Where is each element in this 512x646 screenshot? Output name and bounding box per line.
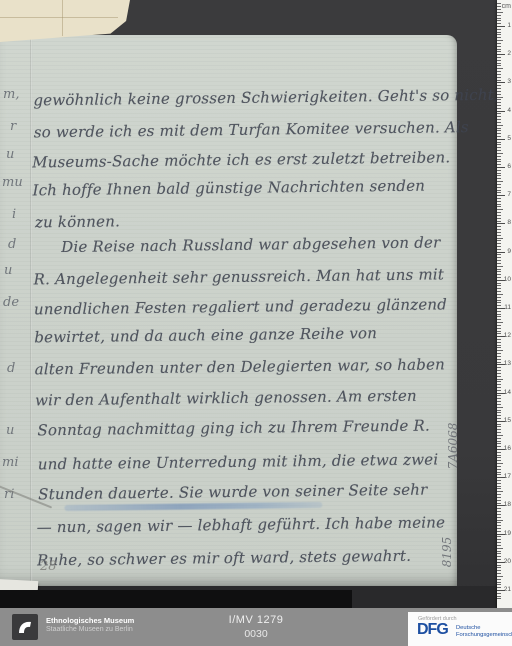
ruler-tick [497, 373, 501, 374]
ruler-tick [497, 398, 501, 399]
dfg-logo: DFG [417, 621, 448, 639]
ruler-cm-label: 3 [503, 78, 512, 86]
ruler-cm-label: 21 [503, 586, 512, 594]
ruler-tick [497, 187, 501, 188]
pencil-side-number-upper: 7A6068 [446, 401, 460, 491]
ruler-tick [497, 37, 501, 38]
funding-name-line2: Forschungsgemeinschaft [456, 632, 512, 639]
ruler-tick [497, 32, 501, 33]
ruler-tick [497, 113, 501, 114]
ruler-tick [497, 18, 501, 19]
ruler-tick [497, 412, 501, 413]
ruler-tick [497, 108, 501, 109]
ruler-tick [497, 331, 501, 332]
ruler-tick [497, 80, 501, 81]
ruler-tick [497, 128, 501, 129]
ruler-tick [497, 328, 501, 329]
ruler-cm-label: 20 [503, 558, 512, 566]
handwriting-line: gewöhnlich keine grossen Schwierigkeiten… [33, 86, 499, 110]
measurement-ruler: cm 123456789101112131415161718192021 [497, 0, 512, 612]
ruler-tick [497, 170, 501, 171]
ruler-tick [497, 181, 503, 182]
ruler-tick [497, 260, 501, 261]
ruler-tick [497, 345, 501, 346]
ruler-tick [497, 218, 501, 219]
ruler-tick [497, 404, 501, 405]
ruler-cm-label: 4 [503, 107, 512, 115]
ruler-tick [497, 116, 501, 117]
paper-fold-line [0, 17, 118, 18]
ruler-tick [497, 528, 501, 529]
ruler-tick [497, 6, 501, 7]
scan-viewport: m,rumuidudedumiri gewöhnlich keine gross… [0, 0, 512, 646]
ruler-tick [497, 567, 501, 568]
ruler-tick [497, 474, 501, 475]
ruler-tick [497, 215, 501, 216]
ruler-tick [497, 319, 501, 320]
ruler-tick [497, 235, 501, 236]
ruler-tick [497, 40, 503, 41]
ruler-tick [497, 500, 501, 501]
handwriting-line: Museums-Sache möchte ich es erst zuletzt… [32, 148, 450, 171]
pencil-page-number: 28 [40, 559, 57, 574]
ruler-tick [497, 12, 503, 13]
ruler-tick [497, 3, 501, 4]
handwriting-line: und hatte eine Unterredung mit ihm, die … [38, 450, 439, 473]
ruler-tick [497, 91, 501, 92]
ruler-tick [497, 243, 501, 244]
ruler-tick [497, 511, 501, 512]
ruler-tick [497, 274, 501, 275]
ruler-tick [497, 266, 503, 267]
ruler-tick [497, 178, 501, 179]
ruler-tick [497, 122, 501, 123]
ruler-tick [497, 410, 501, 411]
ruler-tick [497, 598, 501, 599]
ruler-tick [497, 435, 503, 436]
ruler-tick [497, 119, 501, 120]
ruler-tick [497, 565, 501, 566]
ruler-tick [497, 570, 501, 571]
ruler-cm-label: 7 [503, 191, 512, 199]
ruler-tick [497, 508, 501, 509]
ruler-tick [497, 60, 501, 61]
ruler-tick [497, 322, 503, 323]
ruler-tick [497, 407, 503, 408]
ruler-tick [497, 51, 501, 52]
scan-bed-shadow [0, 586, 497, 608]
ruler-tick [497, 43, 501, 44]
ruler-tick [497, 34, 501, 35]
ruler-cm-label: 19 [503, 530, 512, 538]
ruler-tick [497, 426, 501, 427]
ruler-tick [497, 559, 501, 560]
ruler-tick [497, 556, 501, 557]
ruler-tick [497, 401, 501, 402]
ruler-tick [497, 283, 501, 284]
ruler-tick [497, 350, 503, 351]
ruler-tick [497, 192, 501, 193]
ruler-tick [497, 370, 501, 371]
ruler-tick [497, 503, 501, 504]
ruler-tick [497, 325, 501, 326]
ruler-tick [497, 305, 501, 306]
ruler-tick [497, 593, 501, 594]
ruler-tick [497, 130, 501, 131]
ruler-tick [497, 74, 501, 75]
ruler-cm-label: 13 [503, 360, 512, 368]
shadow-strip [0, 590, 352, 608]
ruler-cm-label: 2 [503, 50, 512, 58]
ruler-tick [497, 240, 501, 241]
ruler-tick [497, 57, 501, 58]
ruler-tick [497, 525, 501, 526]
ruler-tick [497, 97, 503, 98]
ruler-tick [497, 359, 501, 360]
ruler-tick [497, 573, 501, 574]
ruler-tick [497, 415, 501, 416]
ruler-tick [497, 209, 503, 210]
ruler-tick [497, 269, 501, 270]
ruler-tick [497, 175, 501, 176]
handwriting-line: Sonntag nachmittag ging ich zu Ihrem Fre… [37, 417, 430, 440]
ruler-tick [497, 579, 501, 580]
ruler-tick [497, 125, 503, 126]
ruler-tick [497, 294, 503, 295]
handwriting-line: bewirtet, und da auch eine ganze Reihe v… [34, 324, 377, 346]
ruler-tick [497, 353, 501, 354]
ruler-tick [497, 316, 501, 317]
paper-fold-line [62, 0, 63, 36]
ruler-tick [497, 494, 501, 495]
ruler-cm-label: 5 [503, 135, 512, 143]
blue-pencil-underline [64, 502, 322, 511]
ruler-tick [497, 302, 501, 303]
ruler-tick [497, 88, 501, 89]
ruler-tick [497, 491, 503, 492]
ruler-tick [497, 356, 501, 357]
ruler-tick [497, 68, 503, 69]
ruler-tick [497, 545, 501, 546]
ruler-tick [497, 232, 501, 233]
pencil-side-number-lower: 8195 [440, 529, 454, 575]
ruler-cm-label: 10 [503, 276, 512, 284]
ruler-unit-label: cm [502, 3, 511, 10]
ruler-tick [497, 455, 501, 456]
ruler-cm-label: 14 [503, 389, 512, 397]
ruler-tick [497, 9, 501, 10]
ruler-tick [497, 29, 501, 30]
ruler-tick [497, 379, 503, 380]
funding-name: Deutsche Forschungsgemeinschaft [456, 625, 512, 638]
ruler-tick [497, 212, 501, 213]
ruler-cm-label: 9 [503, 248, 512, 256]
ruler-tick [497, 285, 501, 286]
ruler-tick [497, 99, 501, 100]
ruler-tick [497, 85, 501, 86]
ruler-tick [497, 246, 501, 247]
ruler-tick [497, 441, 501, 442]
ruler-tick [497, 522, 501, 523]
ruler-tick [497, 184, 501, 185]
ruler-tick [497, 381, 501, 382]
handwriting-line: so werde ich es mit dem Turfan Komitee v… [34, 118, 469, 141]
ruler-tick [497, 463, 503, 464]
ruler-tick [497, 376, 501, 377]
ruler-tick [497, 102, 501, 103]
ruler-tick [497, 339, 501, 340]
ruler-tick [497, 347, 501, 348]
ruler-tick [497, 551, 501, 552]
ruler-tick [497, 249, 501, 250]
ruler-tick [497, 314, 501, 315]
ruler-tick [497, 531, 501, 532]
ruler-tick [497, 49, 501, 50]
ruler-tick [497, 94, 501, 95]
letter-page: m,rumuidudedumiri gewöhnlich keine gross… [0, 35, 457, 586]
ruler-tick [497, 446, 501, 447]
ruler-tick [497, 263, 501, 264]
ruler-tick [497, 198, 501, 199]
ruler-tick [497, 486, 501, 487]
ruler-tick [497, 164, 501, 165]
ruler-tick [497, 46, 501, 47]
ruler-tick [497, 206, 501, 207]
ruler-tick [497, 384, 501, 385]
ruler-tick [497, 514, 501, 515]
ruler-tick [497, 173, 501, 174]
ruler-tick [497, 150, 501, 151]
ruler-tick [497, 539, 501, 540]
ruler-tick [497, 65, 501, 66]
ruler-tick [497, 517, 501, 518]
ruler-tick [497, 497, 501, 498]
ruler-tick [497, 147, 501, 148]
ruler-cm-label: 6 [503, 163, 512, 171]
ruler-tick [497, 238, 503, 239]
handwriting-line: alten Freunden unter den Delegierten war… [35, 355, 445, 378]
ruler-cm-label: 8 [503, 219, 512, 227]
ruler-tick [497, 300, 501, 301]
ruler-cm-label: 17 [503, 473, 512, 481]
ruler-tick [497, 156, 501, 157]
ruler-tick [497, 584, 501, 585]
ruler-tick [497, 23, 501, 24]
ruler-tick [497, 15, 501, 16]
ruler-tick [497, 395, 501, 396]
ruler-tick [497, 288, 501, 289]
ruler-tick [497, 362, 501, 363]
handwriting-text: gewöhnlich keine grossen Schwierigkeiten… [0, 32, 460, 589]
ruler-tick [497, 254, 501, 255]
ruler-cm-label: 1 [503, 22, 512, 30]
handwriting-line: Ich hoffe Ihnen bald günstige Nachrichte… [32, 177, 425, 200]
ruler-tick [497, 472, 501, 473]
ruler-tick [497, 542, 501, 543]
ruler-tick [497, 553, 501, 554]
ruler-tick [497, 221, 501, 222]
ruler-tick [497, 432, 501, 433]
funding-box: Gefördert durch DFG Deutsche Forschungsg… [408, 612, 512, 646]
ruler-tick [497, 142, 501, 143]
ruler-tick [497, 424, 501, 425]
ruler-tick [497, 153, 503, 154]
ruler-tick [497, 257, 501, 258]
ruler-tick [497, 443, 501, 444]
ruler-tick [497, 144, 501, 145]
ruler-tick [497, 429, 501, 430]
ruler-tick [497, 536, 501, 537]
ruler-tick [497, 488, 501, 489]
ruler-tick [497, 204, 501, 205]
ruler-tick [497, 229, 501, 230]
handwriting-line: wir den Aufenthalt wirklich genossen. Am… [35, 387, 417, 410]
ruler-tick [497, 71, 501, 72]
ruler-tick [497, 161, 501, 162]
ruler-tick [497, 469, 501, 470]
ruler-tick [497, 587, 501, 588]
ruler-tick [497, 457, 501, 458]
ruler-tick [497, 133, 501, 134]
ruler-cm-label: 16 [503, 445, 512, 453]
ruler-tick [497, 483, 501, 484]
ruler-tick [497, 63, 501, 64]
ruler-tick [497, 576, 503, 577]
ruler-tick [497, 390, 501, 391]
ruler-tick [497, 291, 501, 292]
ruler-tick [497, 333, 501, 334]
ruler-tick [497, 367, 501, 368]
ruler-tick [497, 190, 501, 191]
ruler-tick [497, 596, 501, 597]
ruler-tick [497, 271, 501, 272]
ruler-tick [497, 480, 501, 481]
archive-footer: Ethnologisches Museum Staatliche Museen … [0, 608, 512, 646]
ruler-tick [497, 20, 501, 21]
ruler-tick [497, 460, 501, 461]
handwriting-line: unendlichen Festen regaliert und geradez… [34, 295, 447, 318]
ruler-tick [497, 297, 501, 298]
ruler-cm-label: 15 [503, 417, 512, 425]
handwriting-line: — nun, sagen wir — lebhaft geführt. Ich … [37, 513, 446, 536]
ruler-cm-label: 12 [503, 332, 512, 340]
ruler-tick [497, 387, 501, 388]
ruler-cm-label: 18 [503, 501, 512, 509]
ruler-tick [497, 452, 501, 453]
handwriting-line: Die Reise nach Russland war abgesehen vo… [61, 233, 440, 256]
ruler-tick [497, 342, 501, 343]
ruler-tick [497, 226, 501, 227]
ruler-tick [497, 438, 501, 439]
ruler-tick [497, 201, 501, 202]
ruler-tick [497, 105, 501, 106]
ruler-tick [497, 311, 501, 312]
ruler-tick [497, 548, 503, 549]
ruler-tick [497, 582, 501, 583]
ruler-tick [497, 466, 501, 467]
ruler-tick [497, 520, 503, 521]
ruler-cm-label: 11 [503, 304, 512, 312]
handwriting-line: R. Angelegenheit sehr genussreich. Man h… [33, 265, 444, 288]
ruler-tick [497, 418, 501, 419]
ruler-tick [497, 136, 501, 137]
handwriting-line: Stunden dauerte. Sie wurde von seiner Se… [38, 481, 427, 504]
handwriting-line: zu können. [35, 212, 120, 231]
ruler-tick [497, 77, 501, 78]
ruler-tick [497, 159, 501, 160]
ruler-tick [497, 277, 501, 278]
handwriting-line: Ruhe, so schwer es mir oft ward, stets g… [37, 547, 411, 570]
